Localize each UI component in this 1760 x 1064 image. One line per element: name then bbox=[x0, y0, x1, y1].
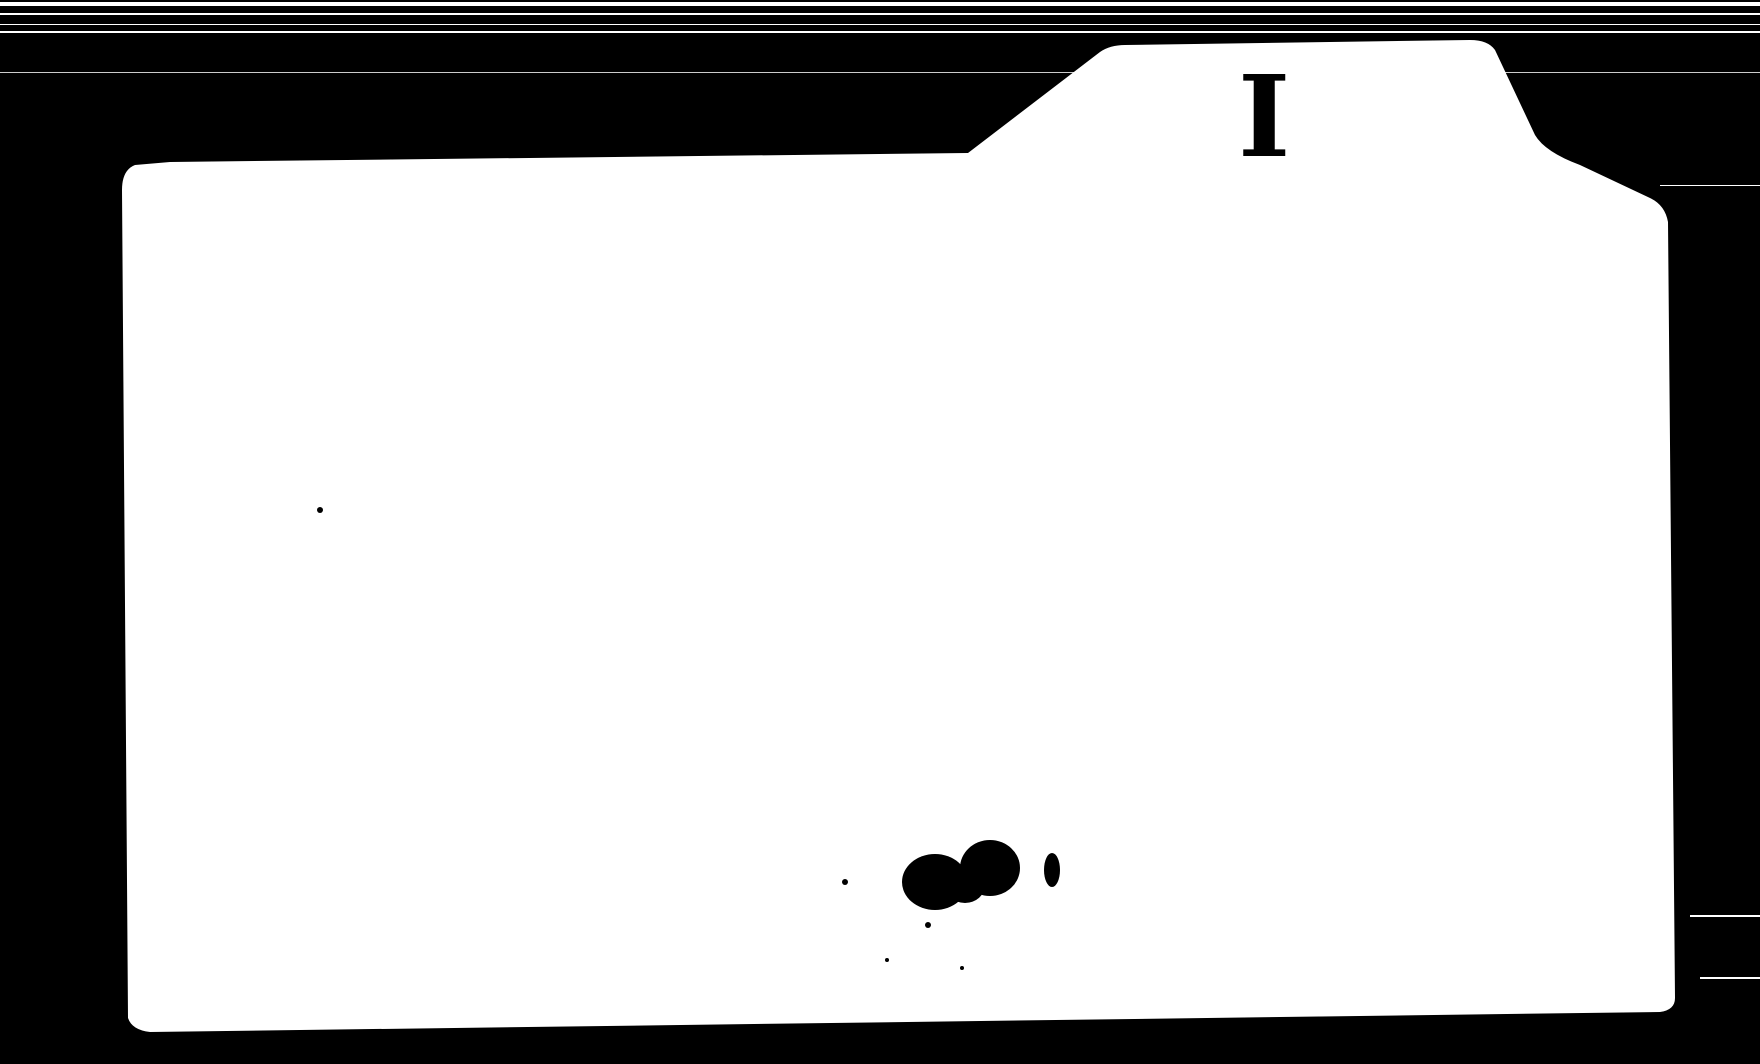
tab-label: I bbox=[1238, 62, 1290, 174]
folder-card bbox=[0, 0, 1760, 1064]
